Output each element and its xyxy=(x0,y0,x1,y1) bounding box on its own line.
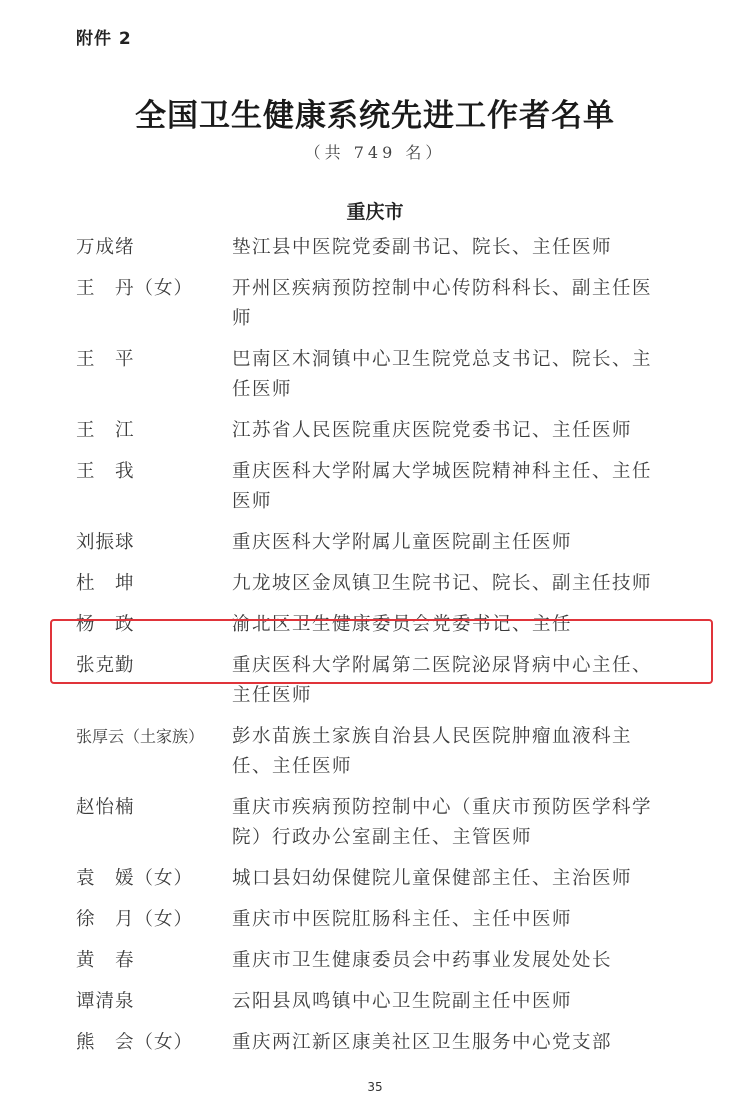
list-item: 王 丹（女） 开州区疾病预防控制中心传防科科长、副主任医师 xyxy=(76,274,676,334)
honoree-position: 重庆医科大学附属大学城医院精神科主任、主任医师 xyxy=(232,457,662,517)
list-item: 万成绪 垫江县中医院党委副书记、院长、主任医师 xyxy=(76,233,676,263)
list-item: 徐 月（女） 重庆市中医院肛肠科主任、主任中医师 xyxy=(76,905,676,935)
honoree-position: 重庆医科大学附属第二医院泌尿肾病中心主任、主任医师 xyxy=(232,651,662,711)
honoree-position: 重庆医科大学附属儿童医院副主任医师 xyxy=(232,528,662,558)
attachment-label: 附件 2 xyxy=(76,24,132,49)
list-item-highlighted: 张克勤 重庆医科大学附属第二医院泌尿肾病中心主任、主任医师 xyxy=(76,651,676,711)
list-item: 杜 坤 九龙坡区金凤镇卫生院书记、院长、副主任技师 xyxy=(76,569,676,599)
honoree-position: 重庆市中医院肛肠科主任、主任中医师 xyxy=(232,905,662,935)
list-item: 王 我 重庆医科大学附属大学城医院精神科主任、主任医师 xyxy=(76,457,676,517)
honoree-position: 垫江县中医院党委副书记、院长、主任医师 xyxy=(232,233,662,263)
honoree-name: 王 平 xyxy=(76,345,232,405)
honoree-name: 谭清泉 xyxy=(76,987,232,1017)
honoree-position: 云阳县凤鸣镇中心卫生院副主任中医师 xyxy=(232,987,662,1017)
honoree-name: 刘振球 xyxy=(76,528,232,558)
honoree-name: 王 丹（女） xyxy=(76,274,232,334)
total-count-subtitle: （共 749 名） xyxy=(0,140,750,163)
honoree-name: 袁 媛（女） xyxy=(76,864,232,894)
list-item: 赵怡楠 重庆市疾病预防控制中心（重庆市预防医学科学院）行政办公室副主任、主管医师 xyxy=(76,793,676,853)
honoree-name: 熊 会（女） xyxy=(76,1028,232,1058)
honoree-position: 开州区疾病预防控制中心传防科科长、副主任医师 xyxy=(232,274,662,334)
honoree-position: 江苏省人民医院重庆医院党委书记、主任医师 xyxy=(232,416,662,446)
honoree-name: 黄 春 xyxy=(76,946,232,976)
page-number: 35 xyxy=(0,1080,750,1094)
list-item: 熊 会（女） 重庆两江新区康美社区卫生服务中心党支部 xyxy=(76,1028,676,1058)
document-title: 全国卫生健康系统先进工作者名单 xyxy=(0,90,750,135)
honoree-position: 重庆市卫生健康委员会中药事业发展处处长 xyxy=(232,946,662,976)
honoree-position: 九龙坡区金凤镇卫生院书记、院长、副主任技师 xyxy=(232,569,662,599)
list-item: 谭清泉 云阳县凤鸣镇中心卫生院副主任中医师 xyxy=(76,987,676,1017)
honoree-position: 巴南区木洞镇中心卫生院党总支书记、院长、主任医师 xyxy=(232,345,662,405)
list-item: 王 江 江苏省人民医院重庆医院党委书记、主任医师 xyxy=(76,416,676,446)
honoree-position: 彭水苗族土家族自治县人民医院肿瘤血液科主任、主任医师 xyxy=(232,722,662,782)
honoree-name: 杜 坤 xyxy=(76,569,232,599)
honoree-position: 重庆市疾病预防控制中心（重庆市预防医学科学院）行政办公室副主任、主管医师 xyxy=(232,793,662,853)
honoree-position: 渝北区卫生健康委员会党委书记、主任 xyxy=(232,610,662,640)
honoree-name: 王 我 xyxy=(76,457,232,517)
province-heading: 重庆市 xyxy=(0,197,750,224)
honoree-name: 万成绪 xyxy=(76,233,232,263)
honoree-list: 万成绪 垫江县中医院党委副书记、院长、主任医师 王 丹（女） 开州区疾病预防控制… xyxy=(76,233,676,1069)
honoree-name: 赵怡楠 xyxy=(76,793,232,853)
honoree-name: 杨 政 xyxy=(76,610,232,640)
list-item: 王 平 巴南区木洞镇中心卫生院党总支书记、院长、主任医师 xyxy=(76,345,676,405)
list-item: 刘振球 重庆医科大学附属儿童医院副主任医师 xyxy=(76,528,676,558)
list-item: 杨 政 渝北区卫生健康委员会党委书记、主任 xyxy=(76,610,676,640)
honoree-position: 重庆两江新区康美社区卫生服务中心党支部 xyxy=(232,1028,662,1058)
honoree-name: 张厚云（土家族） xyxy=(76,722,232,782)
honoree-name: 王 江 xyxy=(76,416,232,446)
honoree-name: 张克勤 xyxy=(76,651,232,711)
honoree-name: 徐 月（女） xyxy=(76,905,232,935)
list-item: 黄 春 重庆市卫生健康委员会中药事业发展处处长 xyxy=(76,946,676,976)
list-item: 张厚云（土家族） 彭水苗族土家族自治县人民医院肿瘤血液科主任、主任医师 xyxy=(76,722,676,782)
honoree-position: 城口县妇幼保健院儿童保健部主任、主治医师 xyxy=(232,864,662,894)
list-item: 袁 媛（女） 城口县妇幼保健院儿童保健部主任、主治医师 xyxy=(76,864,676,894)
